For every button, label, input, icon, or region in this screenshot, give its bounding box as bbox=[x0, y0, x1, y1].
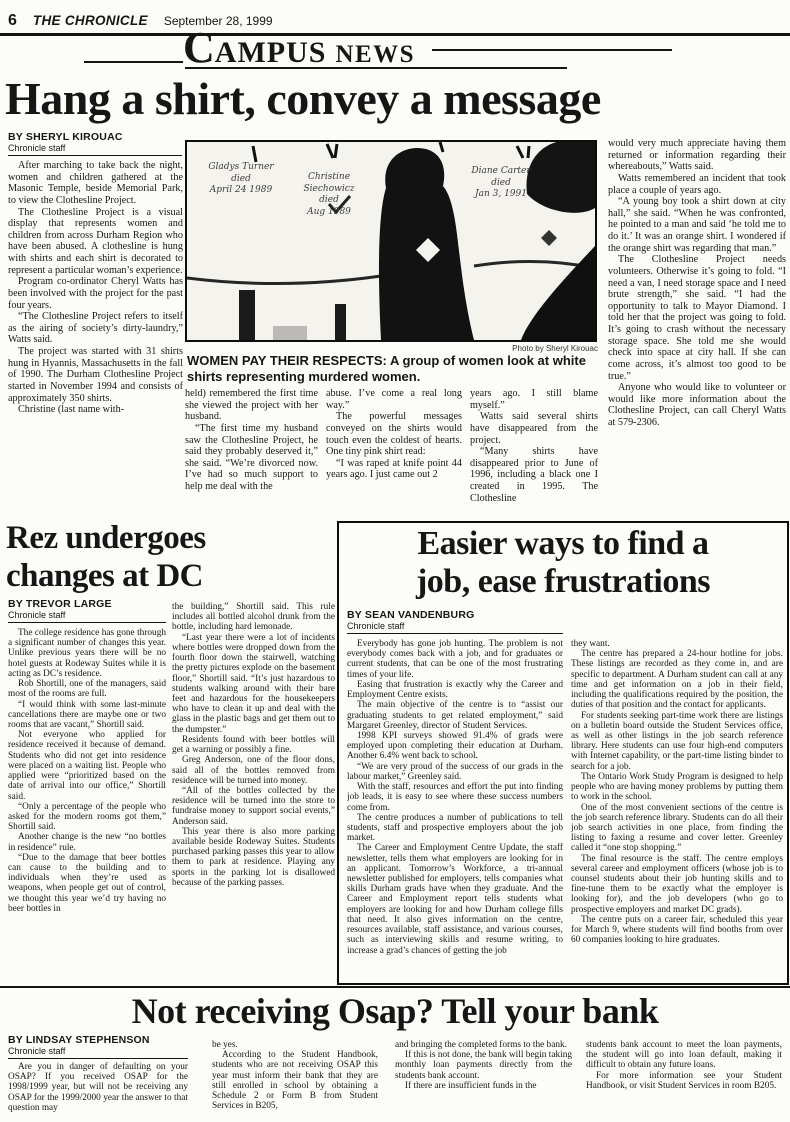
paragraph: Easing that frustration is exactly why t… bbox=[347, 680, 563, 700]
main-col-mid2: abuse. I’ve come a real long way.”The po… bbox=[326, 388, 462, 528]
osap-col-3: and bringing the completed forms to the … bbox=[395, 1040, 572, 1122]
byline-author: BY LINDSAY STEPHENSON bbox=[8, 1034, 188, 1046]
shirt-inscription-1: Gladys Turner died April 24 1989 bbox=[195, 162, 287, 197]
paragraph: would very much appreciate having them r… bbox=[608, 138, 786, 173]
paragraph: The project was started with 31 shirts h… bbox=[8, 346, 183, 404]
section-initial: C bbox=[183, 23, 215, 72]
osap-byline: BY LINDSAY STEPHENSON Chronicle staff bbox=[8, 1034, 188, 1059]
shadow-blob-3 bbox=[273, 326, 307, 340]
main-col-left: After marching to take back the night, w… bbox=[8, 160, 183, 528]
dark-pin bbox=[541, 230, 557, 246]
paragraph: Are you in danger of defaulting on your … bbox=[8, 1062, 188, 1113]
section-rest: AMPUS bbox=[215, 36, 327, 69]
paragraph: “I was raped at knife point 44 years ago… bbox=[326, 458, 462, 481]
paragraph: “Only a percentage of the people who ask… bbox=[8, 802, 166, 833]
paragraph: Watts said several shirts have disappear… bbox=[470, 411, 598, 446]
byline-role: Chronicle staff bbox=[8, 143, 182, 156]
paragraph: The college residence has gone through a… bbox=[8, 628, 166, 679]
paragraph: be yes. bbox=[212, 1040, 378, 1050]
paragraph: This year there is also more parking ava… bbox=[172, 827, 335, 888]
paragraph: abuse. I’ve come a real long way.” bbox=[326, 388, 462, 411]
paragraph: The Career and Employment Centre Update,… bbox=[347, 843, 563, 955]
jobs-byline: BY SEAN VANDENBURG Chronicle staff bbox=[347, 609, 563, 634]
photo-credit: Photo by Sheryl Kirouac bbox=[418, 344, 598, 353]
page-number: 6 bbox=[8, 12, 17, 30]
paragraph: Not everyone who applied for residence r… bbox=[8, 730, 166, 802]
section-banner: CAMPUSNEWS bbox=[183, 22, 415, 73]
paragraph: After marching to take back the night, w… bbox=[8, 160, 183, 207]
paragraph: “Last year there were a lot of incidents… bbox=[172, 633, 335, 735]
osap-col-2: be yes.According to the Student Handbook… bbox=[212, 1040, 378, 1122]
paragraph: According to the Student Handbook, stude… bbox=[212, 1050, 378, 1111]
clothesline-photo: Gladys Turner died April 24 1989 Christi… bbox=[185, 140, 597, 342]
paragraph: If this is not done, the bank will begin… bbox=[395, 1050, 572, 1081]
paragraph: The Clothesline Project is a visual disp… bbox=[8, 207, 183, 277]
shirt-inscription-3: Diane Carter died Jan 3, 1991 bbox=[455, 166, 547, 201]
paragraph: Residents found with beer bottles will g… bbox=[172, 735, 335, 755]
paragraph: The Clothesline Project needs volunteers… bbox=[608, 254, 786, 382]
paragraph: The centre puts on a career fair, schedu… bbox=[571, 915, 783, 946]
clothesline-left bbox=[187, 276, 381, 284]
paragraph: For students seeking part-time work ther… bbox=[571, 711, 783, 772]
rez-col-1: The college residence has gone through a… bbox=[8, 628, 166, 980]
osap-headline: Not receiving Osap? Tell your bank bbox=[0, 990, 790, 1032]
paragraph: “Due to the damage that beer bottles can… bbox=[8, 853, 166, 914]
paragraph: The Ontario Work Study Program is design… bbox=[571, 772, 783, 803]
paragraph: With the staff, resources and effort the… bbox=[347, 782, 563, 813]
main-col-right: would very much appreciate having them r… bbox=[608, 138, 786, 528]
main-headline: Hang a shirt, convey a message bbox=[5, 72, 787, 125]
paragraph: “We are very proud of the success of our… bbox=[347, 762, 563, 782]
osap-col-4: students bank account to meet the loan p… bbox=[586, 1040, 782, 1122]
paragraph: the building,” Shortill said. This rule … bbox=[172, 602, 335, 633]
paragraph: If there are insufficient funds in the bbox=[395, 1081, 572, 1091]
paragraph: Greg Anderson, one of the floor dons, sa… bbox=[172, 755, 335, 786]
main-byline: BY SHERYL KIROUAC Chronicle staff bbox=[8, 131, 182, 156]
byline-author: BY SHERYL KIROUAC bbox=[8, 131, 182, 143]
paragraph: Another change is the new “no bottles in… bbox=[8, 832, 166, 852]
banner-rule-right bbox=[432, 49, 672, 51]
paragraph: years ago. I still blame myself.” bbox=[470, 388, 598, 411]
shadow-blob-2 bbox=[335, 304, 346, 340]
newspaper-page: 6 THE CHRONICLE September 28, 1999 CAMPU… bbox=[0, 0, 790, 1122]
paragraph: Watts remembered an incident that took p… bbox=[608, 173, 786, 196]
paragraph: they want. bbox=[571, 639, 783, 649]
osap-col-1: Are you in danger of defaulting on your … bbox=[8, 1062, 188, 1122]
byline-author: BY TREVOR LARGE bbox=[8, 598, 166, 610]
clothespins bbox=[253, 142, 529, 162]
shirt-inscription-2: Christine Siechowicz died Aug 1989 bbox=[289, 172, 369, 219]
section-word2: NEWS bbox=[335, 41, 415, 68]
banner-rule-left bbox=[84, 61, 183, 63]
paragraph: The powerful messages conveyed on the sh… bbox=[326, 411, 462, 458]
paragraph: Program co-ordinator Cheryl Watts has be… bbox=[8, 276, 183, 311]
byline-role: Chronicle staff bbox=[8, 610, 166, 623]
paragraph: The centre has prepared a 24-hour hotlin… bbox=[571, 649, 783, 710]
paragraph: Everybody has gone job hunting. The prob… bbox=[347, 639, 563, 680]
byline-role: Chronicle staff bbox=[8, 1046, 188, 1059]
rez-byline: BY TREVOR LARGE Chronicle staff bbox=[8, 598, 166, 623]
paragraph: students bank account to meet the loan p… bbox=[586, 1040, 782, 1071]
paragraph: “The Clothesline Project refers to itsel… bbox=[8, 311, 183, 346]
paragraph: One of the most convenient sections of t… bbox=[571, 803, 783, 854]
shadow-blob-1 bbox=[239, 290, 255, 340]
banner-rule-bottom bbox=[185, 67, 567, 69]
paragraph: 1998 KPI surveys showed 91.4% of grads w… bbox=[347, 731, 563, 762]
paragraph: “Many shirts have disappeared prior to J… bbox=[470, 446, 598, 504]
jobs-headline: Easier ways to find a job, ease frustrat… bbox=[339, 525, 787, 602]
main-col-mid1: held) remembered the first time she view… bbox=[185, 388, 318, 528]
jobs-article-box: Easier ways to find a job, ease frustrat… bbox=[337, 521, 789, 985]
paragraph: held) remembered the first time she view… bbox=[185, 388, 318, 423]
paragraph: “The first time my husband saw the Cloth… bbox=[185, 423, 318, 493]
byline-role: Chronicle staff bbox=[347, 621, 563, 634]
paper-name: THE CHRONICLE bbox=[33, 13, 148, 28]
paragraph: “I would think with some last-minute can… bbox=[8, 700, 166, 731]
paragraph: “All of the bottles collected by the res… bbox=[172, 786, 335, 827]
paragraph: Anyone who would like to volunteer or wo… bbox=[608, 382, 786, 429]
paragraph: For more information see your Student Ha… bbox=[586, 1071, 782, 1091]
paragraph: Rob Shortill, one of the managers, said … bbox=[8, 679, 166, 699]
paragraph: Christine (last name with- bbox=[8, 404, 183, 416]
paragraph: The main objective of the centre is to “… bbox=[347, 700, 563, 731]
rez-col-2: the building,” Shortill said. This rule … bbox=[172, 602, 335, 980]
byline-author: BY SEAN VANDENBURG bbox=[347, 609, 563, 621]
jobs-col-1: Everybody has gone job hunting. The prob… bbox=[347, 639, 563, 977]
paragraph: The final resource is the staff. The cen… bbox=[571, 854, 783, 915]
paragraph: and bringing the completed forms to the … bbox=[395, 1040, 572, 1050]
jobs-col-2: they want.The centre has prepared a 24-h… bbox=[571, 639, 783, 977]
photo-caption: WOMEN PAY THEIR RESPECTS: A group of wom… bbox=[187, 353, 589, 386]
rez-headline: Rez undergoes changes at DC bbox=[6, 520, 336, 596]
osap-top-rule bbox=[0, 986, 790, 988]
main-col-mid3: years ago. I still blame myself.”Watts s… bbox=[470, 388, 598, 528]
paragraph: The centre produces a number of publicat… bbox=[347, 813, 563, 844]
paragraph: “A young boy took a shirt down at city h… bbox=[608, 196, 786, 254]
